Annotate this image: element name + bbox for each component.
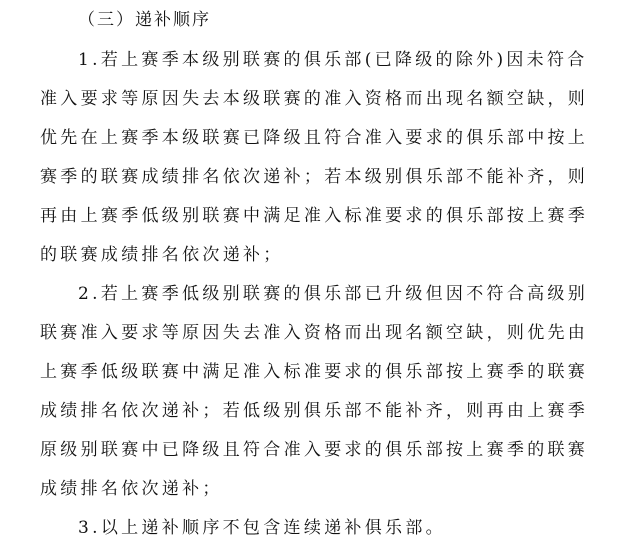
paragraph-line: 3.以上递补顺序不包含连续递补俱乐部。 <box>78 516 446 540</box>
paragraph-line: 上赛季低级联赛中满足准入标准要求的俱乐部按上赛季的联赛 <box>40 360 588 384</box>
paragraph-line: 准入要求等原因失去本级联赛的准入资格而出现名额空缺，则 <box>40 87 588 111</box>
paragraph-line: 1.若上赛季本级别联赛的俱乐部(已降级的除外)因未符合 <box>78 48 588 72</box>
paragraph-line: 原级别联赛中已降级且符合准入要求的俱乐部按上赛季的联赛 <box>40 438 588 462</box>
paragraph-line: 联赛准入要求等原因失去准入资格而出现名额空缺，则优先由 <box>40 321 588 345</box>
paragraph-line: 成绩排名依次递补；若低级别俱乐部不能补齐，则再由上赛季 <box>40 399 588 423</box>
paragraph-line: 再由上赛季低级别联赛中满足准入标准要求的俱乐部按上赛季 <box>40 204 588 228</box>
paragraph-line: 2.若上赛季低级别联赛的俱乐部已升级但因不符合高级别 <box>78 282 588 306</box>
paragraph-line: 赛季的联赛成绩排名依次递补；若本级别俱乐部不能补齐，则 <box>40 165 588 189</box>
section-heading: （三）递补顺序 <box>78 8 211 32</box>
paragraph-line: 成绩排名依次递补； <box>40 477 223 501</box>
paragraph-line: 的联赛成绩排名依次递补； <box>40 243 284 267</box>
paragraph-line: 优先在上赛季本级联赛已降级且符合准入要求的俱乐部中按上 <box>40 126 588 150</box>
